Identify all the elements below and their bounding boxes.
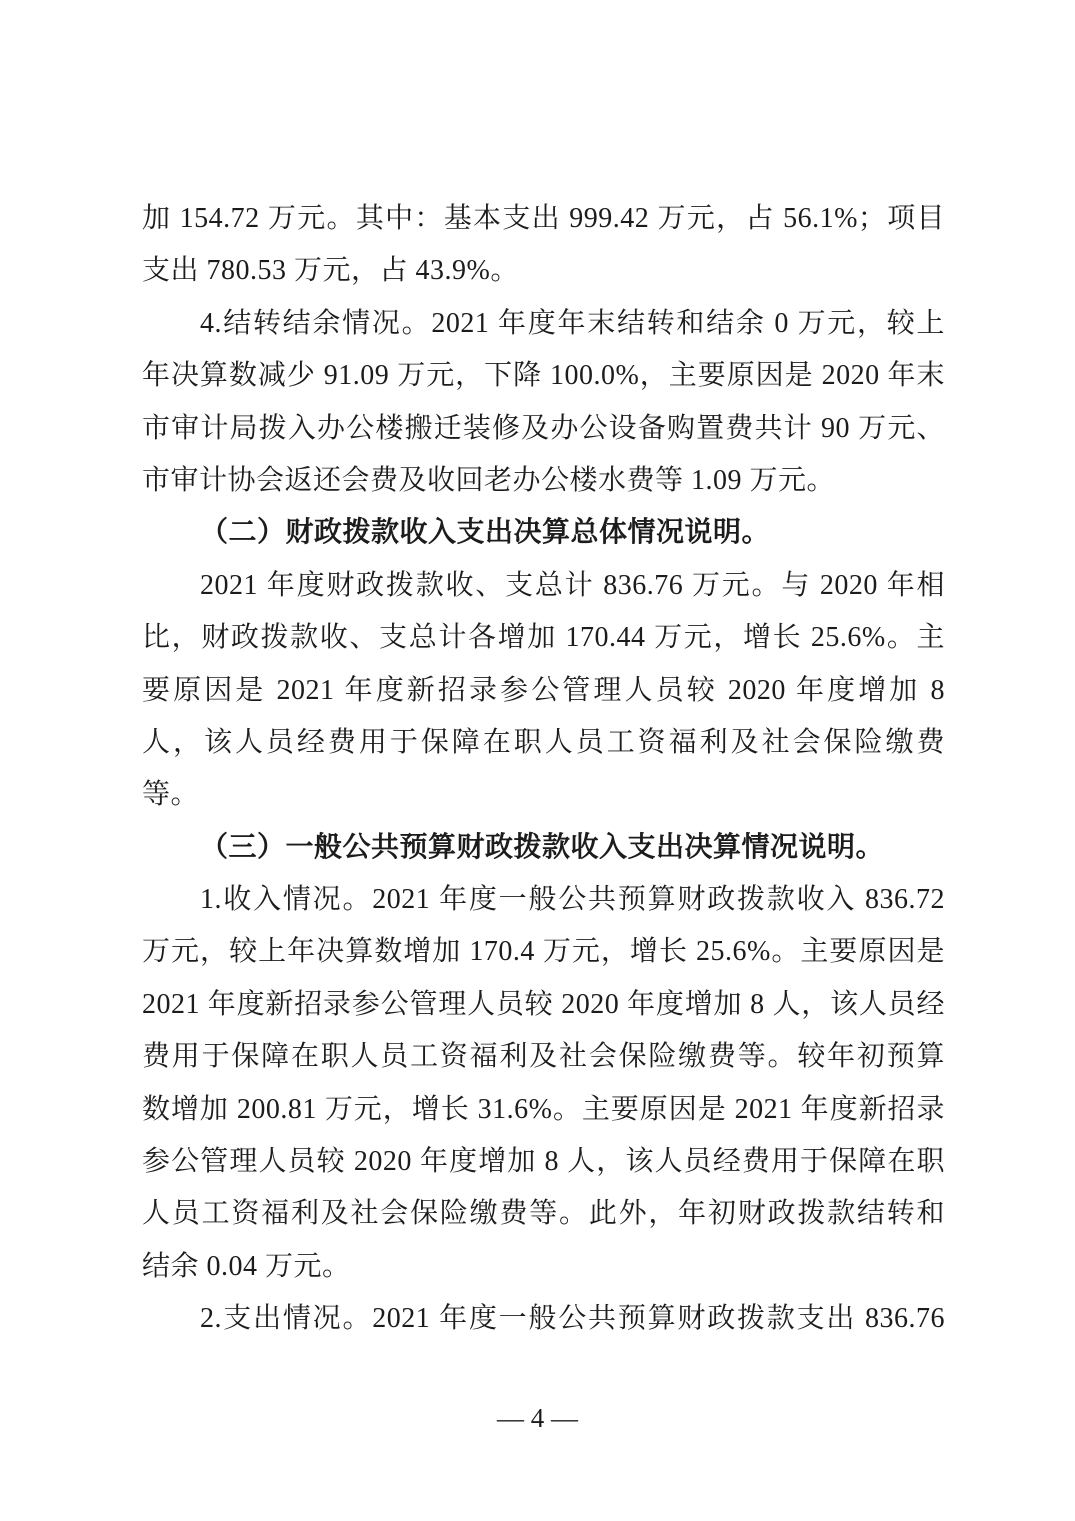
text-line: 支出 780.53 万元，占 43.9%。	[142, 245, 945, 297]
section-heading: （三）一般公共预算财政拨款收入支出决算情况说明。	[142, 822, 945, 874]
document-page: 加 154.72 万元。其中：基本支出 999.42 万元，占 56.1%；项目…	[0, 0, 1075, 1521]
text-line: 万元，较上年决算数增加 170.4 万元，增长 25.6%。主要原因是	[142, 926, 945, 978]
text-line: 结余 0.04 万元。	[142, 1241, 945, 1293]
text-line: 年决算数减少 91.09 万元，下降 100.0%，主要原因是 2020 年末	[142, 350, 945, 402]
page-number: — 4 —	[0, 1402, 1075, 1434]
text-line: 加 154.72 万元。其中：基本支出 999.42 万元，占 56.1%；项目	[142, 193, 945, 245]
document-body-text: 加 154.72 万元。其中：基本支出 999.42 万元，占 56.1%；项目…	[142, 193, 945, 1346]
text-line: 等。	[142, 769, 945, 821]
text-line: 2.支出情况。2021 年度一般公共预算财政拨款支出 836.76	[142, 1293, 945, 1345]
text-line: 数增加 200.81 万元，增长 31.6%。主要原因是 2021 年度新招录	[142, 1084, 945, 1136]
section-heading: （二）财政拨款收入支出决算总体情况说明。	[142, 507, 945, 559]
text-line: 2021 年度新招录参公管理人员较 2020 年度增加 8 人，该人员经	[142, 979, 945, 1031]
text-line: 费用于保障在职人员工资福利及社会保险缴费等。较年初预算	[142, 1031, 945, 1083]
text-line: 人，该人员经费用于保障在职人员工资福利及社会保险缴费	[142, 717, 945, 769]
text-line: 4.结转结余情况。2021 年度年末结转和结余 0 万元，较上	[142, 298, 945, 350]
text-line: 市审计局拨入办公楼搬迁装修及办公设备购置费共计 90 万元、	[142, 403, 945, 455]
text-line: 人员工资福利及社会保险缴费等。此外，年初财政拨款结转和	[142, 1188, 945, 1240]
text-line: 要原因是 2021 年度新招录参公管理人员较 2020 年度增加 8	[142, 665, 945, 717]
text-line: 2021 年度财政拨款收、支总计 836.76 万元。与 2020 年相	[142, 560, 945, 612]
text-line: 参公管理人员较 2020 年度增加 8 人，该人员经费用于保障在职	[142, 1136, 945, 1188]
text-line: 1.收入情况。2021 年度一般公共预算财政拨款收入 836.72	[142, 874, 945, 926]
text-line: 比，财政拨款收、支总计各增加 170.44 万元，增长 25.6%。主	[142, 612, 945, 664]
text-line: 市审计协会返还会费及收回老办公楼水费等 1.09 万元。	[142, 455, 945, 507]
